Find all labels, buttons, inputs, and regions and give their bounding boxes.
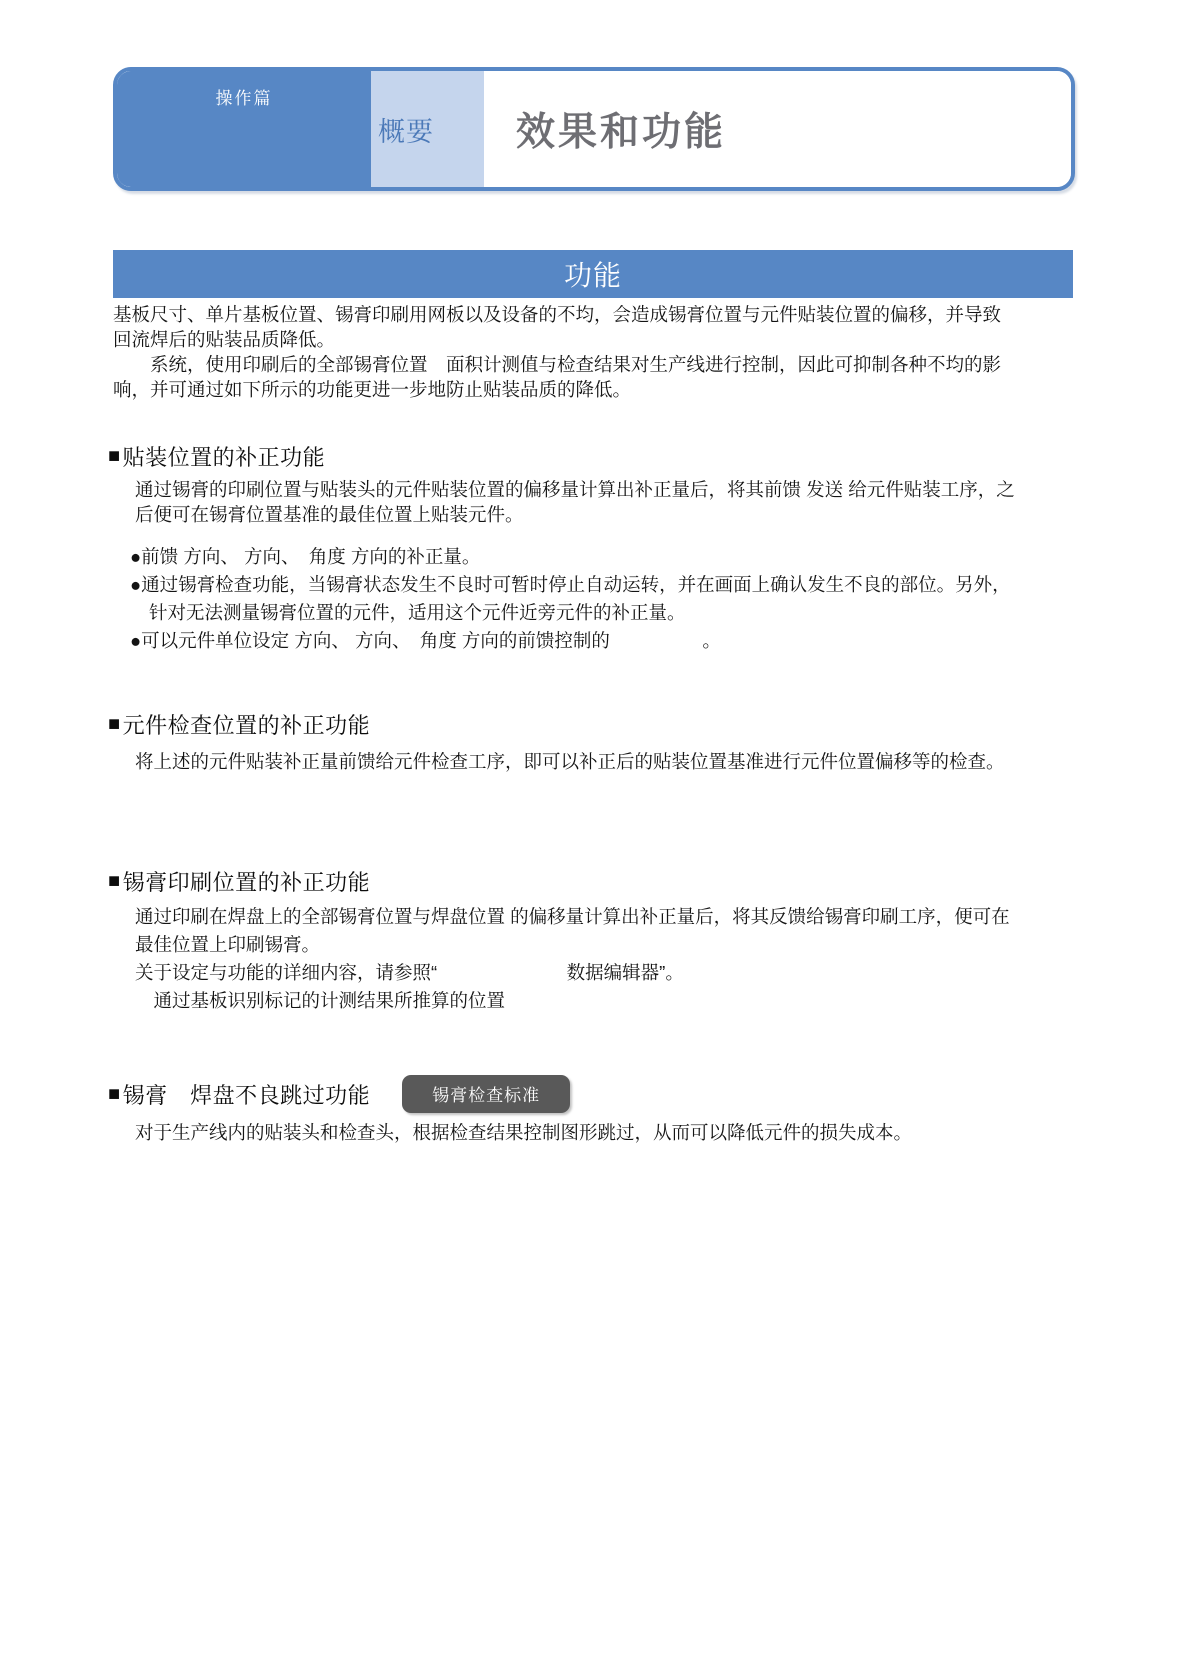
section-heading-mount-position: ■ 贴装位置的补正功能 — [108, 441, 325, 472]
intro-paragraph-1: 基板尺寸、单片基板位置、锡膏印刷用网板以及设备的不均，会造成锡膏位置与元件贴装位… — [113, 302, 1019, 352]
section-heading-paste-print-position: ■ 锡膏印刷位置的补正功能 — [108, 866, 370, 897]
manual-page: 操作篇 概要 效果和功能 功能 基板尺寸、单片基板位置、锡膏印刷用网板以及设备的… — [0, 0, 1184, 1675]
chapter-tab: 操作篇 — [117, 71, 371, 187]
reference-line: 关于设定与功能的详细内容，请参照“ 数据编辑器”。 — [135, 959, 1019, 987]
section-title: 元件检查位置的补正功能 — [123, 709, 371, 740]
section-marker-icon: ■ — [108, 713, 121, 736]
bullet-item: ●前馈 方向、 方向、 角度 方向的补正量。 — [130, 543, 1022, 571]
bullet-item: ●通过锡膏检查功能，当锡膏状态发生不良时可暂时停止自动运转，并在画面上确认发生不… — [130, 571, 1022, 627]
section-marker-icon: ■ — [108, 1083, 121, 1106]
section-title: 锡膏印刷位置的补正功能 — [123, 866, 371, 897]
section-body-component-inspection: 将上述的元件贴装补正量前馈给元件检查工序，即可以补正后的贴装位置基准进行元件位置… — [135, 749, 1019, 774]
page-title: 效果和功能 — [516, 101, 726, 157]
footnote-line: 通过基板识别标记的计测结果所推算的位置 — [135, 987, 1019, 1015]
paste-inspection-standard-badge: 锡膏检查标准 — [402, 1075, 570, 1113]
section-body-pad-skip: 对于生产线内的贴装头和检查头，根据检查结果控制图形跳过，从而可以降低元件的损失成… — [135, 1120, 1019, 1145]
page-header: 操作篇 概要 效果和功能 — [113, 67, 1075, 191]
intro-paragraph-2: 系统，使用印刷后的全部锡膏位置 面积计测值与检查结果对生产线进行控制，因此可抑制… — [113, 352, 1019, 402]
title-area: 效果和功能 — [484, 71, 1071, 187]
section-marker-icon: ■ — [108, 445, 121, 468]
section-marker-icon: ■ — [108, 870, 121, 893]
function-banner: 功能 — [113, 250, 1073, 298]
intro-block: 基板尺寸、单片基板位置、锡膏印刷用网板以及设备的不均，会造成锡膏位置与元件贴装位… — [113, 302, 1019, 402]
function-banner-label: 功能 — [564, 254, 622, 294]
section-tab: 概要 — [371, 71, 484, 187]
section-body-mount-position: 通过锡膏的印刷位置与贴装头的元件贴装位置的偏移量计算出补正量后，将其前馈 发送 … — [135, 477, 1019, 527]
section-body-text: 通过印刷在焊盘上的全部锡膏位置与焊盘位置 的偏移量计算出补正量后，将其反馈给锡膏… — [135, 903, 1019, 959]
section-body-paste-print-position: 通过印刷在焊盘上的全部锡膏位置与焊盘位置 的偏移量计算出补正量后，将其反馈给锡膏… — [135, 903, 1019, 1015]
section-heading-text: ■ 锡膏 焊盘不良跳过功能 — [108, 1079, 370, 1110]
section-title: 锡膏 焊盘不良跳过功能 — [123, 1079, 371, 1110]
bullet-item: ●可以元件单位设定 方向、 方向、 角度 方向的前馈控制的 。 — [130, 627, 1022, 655]
section-heading-component-inspection: ■ 元件检查位置的补正功能 — [108, 709, 370, 740]
section-heading-pad-skip: ■ 锡膏 焊盘不良跳过功能 锡膏检查标准 — [108, 1075, 570, 1113]
chapter-label: 操作篇 — [216, 84, 273, 109]
section-title: 贴装位置的补正功能 — [123, 441, 326, 472]
section-label: 概要 — [378, 110, 434, 149]
bullet-list: ●前馈 方向、 方向、 角度 方向的补正量。 ●通过锡膏检查功能，当锡膏状态发生… — [130, 543, 1022, 655]
